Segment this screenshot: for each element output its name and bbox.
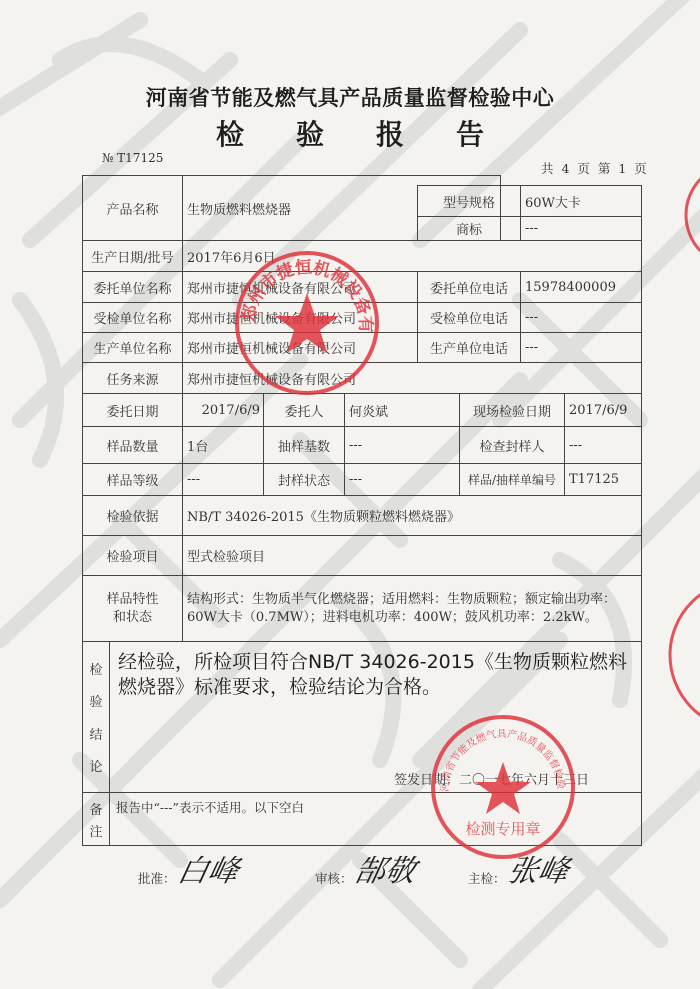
doc-title: 检验报告	[0, 113, 700, 153]
inspected-phone-label: 受检单位电话	[417, 302, 521, 333]
commission-date-value: 2017/6/9	[182, 393, 264, 427]
characteristics-value: 结构形式：生物质半气化燃烧器；适用燃料：生物质颗粒；额定输出功率：60W大卡（0…	[182, 575, 642, 642]
approve-label: 批准：	[138, 869, 176, 887]
producer-name-value: 郑州市捷恒机械设备有限公司	[182, 332, 418, 363]
client-phone-label: 委托单位电话	[417, 271, 521, 303]
product-name-label: 产品名称	[82, 175, 183, 241]
sample-grade-label: 样品等级	[82, 463, 183, 496]
sample-grade-value: ---	[182, 463, 264, 496]
inspected-phone-value: ---	[520, 302, 642, 333]
basis-label: 检验依据	[82, 495, 183, 536]
model-spec-value: 60W大卡	[520, 185, 642, 217]
approve-sig: 白峰	[174, 857, 240, 887]
onsite-date-label: 现场检验日期	[459, 393, 565, 427]
items-value: 型式检验项目	[182, 535, 642, 576]
remarks-label-char: 注	[89, 821, 102, 840]
sample-qty-label: 样品数量	[82, 426, 183, 464]
review-sig: 郜敬	[351, 857, 417, 887]
commissioner-label: 委托人	[263, 393, 345, 427]
seal-status-label: 封样状态	[263, 463, 345, 496]
seal-inspector-label: 检查封样人	[459, 426, 565, 464]
conclusion-label-char: 论	[89, 756, 102, 775]
approve-signature: 批准： 白峰	[138, 857, 238, 887]
review-label: 审核：	[315, 869, 353, 887]
model-spec-label: 型号规格	[417, 185, 521, 217]
conclusion-label: 检 验 结 论	[82, 641, 110, 793]
seal-inspector-value: ---	[564, 426, 642, 464]
sampling-base-value: ---	[344, 426, 460, 464]
client-name-label: 委托单位名称	[82, 271, 183, 303]
conclusion-label-char: 检	[89, 659, 102, 678]
review-signature: 审核： 郜敬	[315, 857, 415, 887]
production-date-label: 生产日期/批号	[82, 240, 183, 272]
seal-status-value: ---	[344, 463, 460, 496]
producer-phone-value: ---	[520, 332, 642, 363]
commissioner-value: 何炎斌	[344, 393, 460, 427]
sign-date: 签发日期：二〇一七年六月十三日	[394, 769, 589, 788]
page-info: 共 4 页 第 1 页	[541, 159, 649, 177]
org-title: 河南省节能及燃气具产品质量监督检验中心	[0, 82, 700, 112]
task-source-value: 郑州市捷恒机械设备有限公司	[182, 362, 642, 394]
sample-qty-value: 1台	[182, 426, 264, 464]
inspector-signature: 主检： 张峰	[468, 857, 568, 887]
inspector-sig: 张峰	[504, 857, 570, 887]
basis-value: NB/T 34026-2015《生物质颗粒燃料燃烧器》	[182, 495, 642, 536]
producer-phone-label: 生产单位电话	[417, 332, 521, 363]
producer-name-label: 生产单位名称	[82, 332, 183, 363]
edge-stamp-bottom	[665, 575, 700, 735]
commission-date-label: 委托日期	[82, 393, 183, 427]
remarks-text: 报告中“---”表示不适用。以下空白	[109, 792, 642, 846]
remarks-label: 备 注	[82, 792, 110, 846]
sampling-base-label: 抽样基数	[263, 426, 345, 464]
client-name-value: 郑州市捷恒机械设备有限公司	[182, 271, 418, 303]
characteristics-label: 样品特性和状态	[82, 575, 183, 642]
inspected-name-label: 受检单位名称	[82, 302, 183, 333]
inspected-name-value: 郑州市捷恒机械设备有限公司	[182, 302, 418, 333]
task-source-label: 任务来源	[82, 362, 183, 394]
sample-no-label: 样品/抽样单编号	[459, 463, 565, 496]
conclusion-label-char: 验	[89, 691, 102, 710]
report-number: № T17125	[102, 151, 163, 165]
remarks-label-char: 备	[89, 799, 102, 818]
inspector-label: 主检：	[468, 869, 506, 887]
trademark-label: 商标	[417, 216, 521, 241]
onsite-date-value: 2017/6/9	[564, 393, 642, 427]
edge-stamp-top	[678, 160, 700, 270]
conclusion-label-char: 结	[89, 724, 102, 743]
items-label: 检验项目	[82, 535, 183, 576]
client-phone-value: 15978400009	[520, 271, 642, 303]
trademark-value: ---	[520, 216, 642, 241]
sample-no-value: T17125	[564, 463, 642, 496]
production-date-value: 2017年6月6日	[182, 240, 642, 272]
